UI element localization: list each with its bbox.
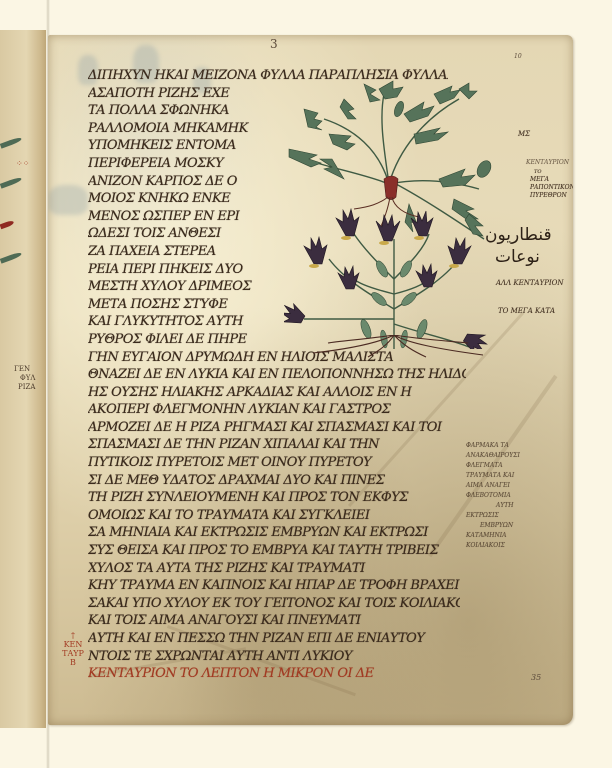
quire-mark: 3 — [270, 37, 278, 51]
margin-note-line: ΚΟΙΛΙΑΚΟΙΣ — [466, 541, 520, 551]
text-line: ΜΕΣΤΗ ΧΥΛΟΥ ΔΡΙΜΕΟΣ — [88, 278, 288, 296]
text-line: ΡΑΛΛΟΜΟΙΑ ΜΗΚΑΜΗΚ — [88, 120, 288, 138]
text-line: ΟΜΟΙΩΣ ΚΑΙ ΤΟ ΤΡΑΥΜΑΤΑ ΚΑΙ ΣΥΓΚΛΕΙΕΙ — [88, 507, 460, 525]
text-line: ΜΕΝΟΣ ΩΣΠΕΡ ΕΝ ΕΡΙ — [88, 208, 288, 226]
arabic-annotation: نوعات — [495, 247, 540, 267]
root-system — [308, 335, 488, 359]
text-line: ΑΡΜΟΖΕΙ ΔΕ Η ΡΙΖΑ ΡΗΓΜΑΣΙ ΚΑΙ ΣΠΑΣΜΑΣΙ Κ… — [88, 419, 468, 437]
margin-note: ΚΕΝΤΑΥΡΙΟΝ — [526, 159, 569, 166]
text-line: ΠΥΤΙΚΟΙΣ ΠΥΡΕΤΟΙΣ ΜΕΤ ΟΙΝΟΥ ΠΥΡΕΤΟΥ — [88, 454, 460, 472]
rubric-text: ΤΑΥΡ — [62, 649, 84, 658]
text-line: ΝΤΟΙΣ ΤΕ ΣΧΡΩΝΤΑΙ ΑΥΤΗ ΑΝΤΙ ΛΥΚΙΟΥ — [88, 648, 418, 666]
rubric-text: ΚΕΝ — [62, 640, 84, 649]
text-line: ΚΗΥ ΤΡΑΥΜΑ ΕΝ ΚΑΠΝΟΙΣ ΚΑΙ ΗΠΑΡ ΔΕ ΤΡΟΦΗ … — [88, 577, 460, 595]
red-stem-fragment — [0, 220, 14, 229]
margin-note-line: ΦΑΡΜΑΚΑ ΤΑ — [466, 441, 520, 451]
text-line: ΖΑ ΠΑΧΕΙΑ ΣΤΕΡΕΑ — [88, 243, 288, 261]
text-line: ΘΝΑΖΕΙ ΔΕ ΕΝ ΛΥΚΙΑ ΚΑΙ ΕΝ ΠΕΛΟΠΟΝΝΗΣΩ ΤΗ… — [88, 366, 466, 384]
margin-note: ΡΑΠΟΝΤΙΚΟΝ — [530, 184, 573, 191]
margin-note-line: ΕΚΤΡΩΣΙΣ — [466, 511, 520, 521]
text-line: ΚΑΙ ΓΛΥΚΥΤΗΤΟΣ ΑΥΤΗ — [88, 313, 288, 331]
rubric-text: Β — [62, 658, 84, 667]
left-page-note: ΓΕΝ — [14, 365, 30, 373]
text-line: ΡΕΙΑ ΠΕΡΙ ΠΗΚΕΙΣ ΔΥΟ — [88, 261, 288, 279]
text-line: ΧΥΛΟΣ ΤΑ ΑΥΤΑ ΤΗΣ ΡΙΖΗΣ ΚΑΙ ΤΡΑΥΜΑΤΙ — [88, 560, 460, 578]
manuscript-folio: 3 10 35 ΔΙΠΗΧΥΝ ΗΚΑΙ ΜΕΙΖΟΝΑ ΦΥΛΛΑ ΠΑΡΑΠ… — [48, 35, 573, 725]
text-line: ΣΙ ΔΕ ΜΕΘ ΥΔΑΤΟΣ ΔΡΑΧΜΑΙ ΔΥΟ ΚΑΙ ΠΙΝΕΣ — [88, 472, 460, 490]
left-page-note: ΡΙΖΑ — [18, 383, 35, 391]
text-line: ΩΔΕΣΙ ΤΟΙΣ ΑΝΘΕΣΙ — [88, 225, 288, 243]
text-line: ΥΠΟΜΗΚΕΙΣ ΕΝΤΟΜΑ — [88, 137, 288, 155]
folio-number-bottom: 35 — [531, 673, 541, 682]
text-line: ΗΣ ΟΥΣΗΣ ΗΛΙΑΚΗΣ ΑΡΚΑΔΙΑΣ ΚΑΙ ΑΛΛΟΙΣ ΕΝ … — [88, 384, 466, 402]
text-line: ΜΕΤΑ ΠΟΣΗΣ ΣΤΥΦΕ — [88, 296, 288, 314]
margin-note-line: ΤΡΑΥΜΑΤΑ ΚΑΙ — [466, 471, 520, 481]
margin-note: ΑΛΛ ΚΕΝΤΑΥΡΙΟΝ — [496, 279, 564, 287]
text-line: ΣΥΣ ΘΕΙΣΑ ΚΑΙ ΠΡΟΣ ΤΟ ΕΜΒΡΥΑ ΚΑΙ ΤΑΥΤΗ Τ… — [88, 542, 460, 560]
text-line: ΤΗ ΡΙΖΗ ΣΥΝΛΕΙΟΥΜΕΝΗ ΚΑΙ ΠΡΟΣ ΤΟΝ ΕΚΦΥΣ — [88, 489, 460, 507]
margin-note: ΤΟ — [534, 169, 541, 175]
margin-note-line: ΑΝΑΚΑΘΑΙΡΟΥΣΙ — [466, 451, 520, 461]
margin-note-line: ΑΙΜΑ ΑΝΑΓΕΙ — [466, 481, 520, 491]
text-line: ΑΚΟΠΕΡΙ ΦΛΕΓΜΟΝΗΝ ΛΥΚΙΑΝ ΚΑΙ ΓΑΣΤΡΟΣ — [88, 401, 468, 419]
plant-illustration — [284, 79, 514, 349]
text-line: ΣΑΚΑΙ ΥΠΟ ΧΥΛΟΥ ΕΚ ΤΟΥ ΓΕΙΤΟΝΟΣ ΚΑΙ ΤΟΙΣ… — [88, 595, 460, 613]
margin-note-line: ΦΛΕΓΜΑΤΑ — [466, 461, 520, 471]
margin-note-line: ΑΥΤΗ — [466, 501, 520, 511]
left-page-note: ΦΥΛ — [20, 374, 35, 382]
offset-stain — [48, 185, 88, 215]
text-line: ΡΥΘΡΟΣ ΦΙΛΕΙ ΔΕ ΠΗΡΕ — [88, 331, 288, 349]
leaf-fragment — [0, 136, 22, 148]
leaf-fragment — [0, 251, 22, 263]
text-line: ΠΕΡΙΦΕΡΕΙΑ ΜΟΣΚΥ — [88, 155, 288, 173]
text-line: ΚΑΙ ΤΟΙΣ ΑΙΜΑ ΑΝΑΓΟΥΣΙ ΚΑΙ ΠΝΕΥΜΑΤΙ — [88, 612, 460, 630]
margin-note: ΤΟ ΜΕΓΑ ΚΑΤΑ — [498, 307, 555, 315]
text-line: ΑΥΤΗ ΚΑΙ ΕΝ ΠΕΣΣΩ ΤΗΝ ΡΙΖΑΝ ΕΠΙ ΔΕ ΕΝΙΑΥ… — [88, 630, 463, 648]
folio-number-top: 10 — [514, 53, 522, 60]
margin-note-number: ΜΣ — [518, 130, 530, 138]
text-line: ΑΝΙΖΟΝ ΚΑΡΠΟΣ ΔΕ Ο — [88, 173, 288, 191]
text-line: ΣΑ ΜΗΝΙΑΙΑ ΚΑΙ ΕΚΤΡΩΣΙΣ ΕΜΒΡΥΩΝ ΚΑΙ ΕΚΤΡ… — [88, 524, 460, 542]
left-margin-rubric: † ΚΕΝ ΤΑΥΡ Β — [62, 631, 84, 667]
margin-note-line: ΚΑΤΑΜΗΝΙΑ — [466, 531, 520, 541]
margin-note-block: ΦΑΡΜΑΚΑ ΤΑ ΑΝΑΚΑΘΑΙΡΟΥΣΙ ΦΛΕΓΜΑΤΑ ΤΡΑΥΜΑ… — [466, 441, 520, 551]
margin-note-line: ΕΜΒΡΥΩΝ — [466, 521, 520, 531]
arabic-annotation: قنطاريون — [485, 225, 552, 245]
text-line: ΜΟΙΟΣ ΚΝΗΚΩ ΕΝΚΕ — [88, 190, 288, 208]
text-line: ΤΑ ΠΟΛΛΑ ΣΦΩΝΗΚΑ — [88, 102, 288, 120]
margin-note: ΜΕΓΑ — [530, 176, 549, 183]
text-line: ΑΣΑΠΟΤΗ ΡΙΖΗΣ ΕΧΕ — [88, 85, 288, 103]
rubric-cross: † — [62, 631, 84, 640]
margin-note-line: ΦΛΕΒΟΤΟΜΙΑ — [466, 491, 520, 501]
left-page-red-note: ⁘⁘ — [16, 160, 29, 168]
adjacent-left-page: ⁘⁘ ΓΕΝ ΦΥΛ ΡΙΖΑ — [0, 30, 49, 728]
leaf-fragment — [0, 176, 22, 188]
margin-note: ΠΥΡΕΘΡΟΝ — [530, 192, 567, 199]
rubric-heading-line: ΚΕΝΤΑΥΡΙΟΝ ΤΟ ΛΕΠΤΟΝ Η ΜΙΚΡΟΝ ΟΙ ΔΕ — [88, 665, 433, 683]
text-line: ΣΠΑΣΜΑΣΙ ΔΕ ΤΗΝ ΡΙΖΑΝ ΧΙΠΑΛΑΙ ΚΑΙ ΤΗΝ — [88, 436, 460, 454]
